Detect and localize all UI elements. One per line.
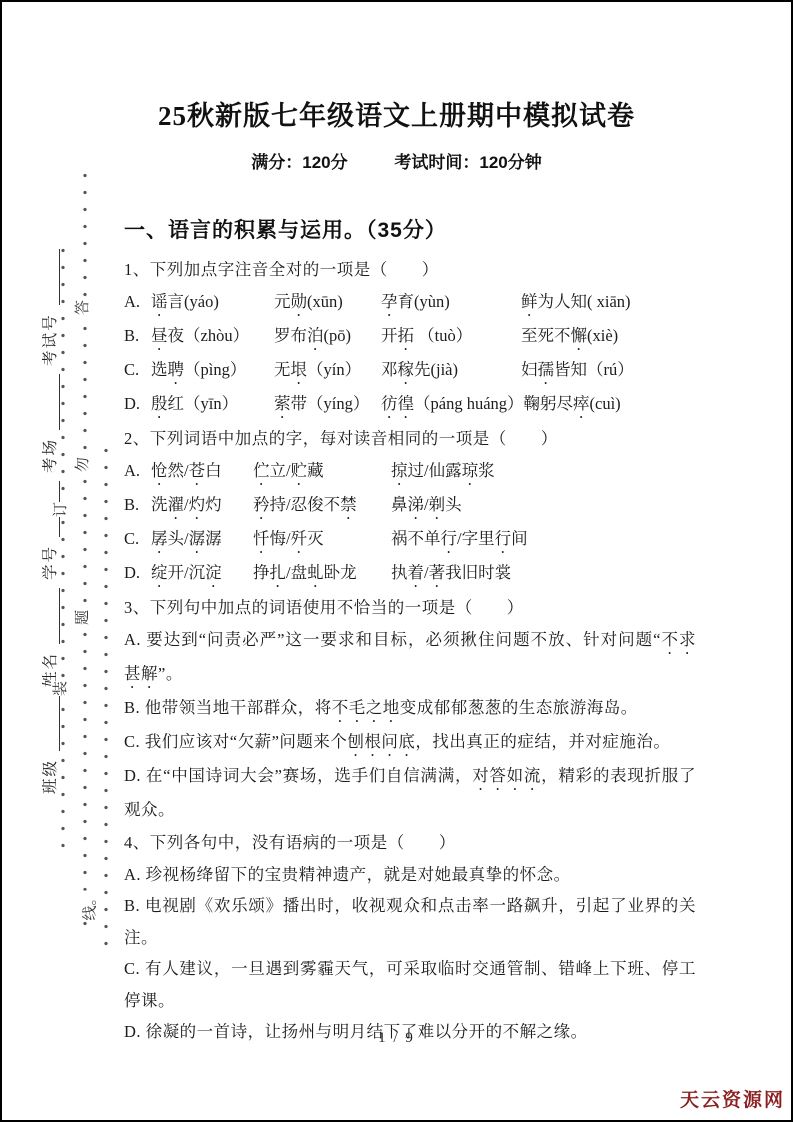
- emphasized-characters: 孕: [381, 292, 398, 311]
- student-field-label: 考场: [38, 438, 60, 473]
- emphasized-characters: 灼: [189, 495, 206, 514]
- exam-paper-page: 班级姓名学号考场考试号 订装答勿题线。 25秋新版七年级语文上册期中模拟试卷 满…: [0, 0, 793, 1122]
- question-stem: 2、下列词语中加点的字，每对读音相同的一项是（ ）: [124, 423, 696, 455]
- emphasized-characters: 虬: [307, 563, 324, 582]
- option-label: B.: [124, 320, 151, 354]
- emphasized-characters: 禁: [340, 495, 357, 514]
- emphasized-characters: 伫: [253, 461, 270, 480]
- emphasized-characters: 拓: [398, 326, 415, 345]
- option-item: 矜持/忍俊不禁: [253, 489, 391, 523]
- option-label: A.: [124, 865, 146, 884]
- question-block: 4、下列各句中，没有语病的一项是（ ）A. 珍视杨绛留下的宝贵精神遗产，就是对她…: [124, 827, 696, 1048]
- emphasized-characters: 涕: [408, 495, 425, 514]
- option-row: D.殷红（yīn）萦带（yíng）彷徨（páng huáng）鞠躬尽瘁(cuì): [124, 388, 696, 422]
- option-item: 至死不懈(xiè): [521, 320, 618, 354]
- question-block: 3、下列句中加点的词语使用不恰当的一项是（ ）A. 要达到“问责必严”这一要求和…: [124, 592, 696, 826]
- emphasized-characters: 孺: [538, 360, 555, 379]
- option-row: D. 在“中国诗词大会”赛场，选手们自信满满，对答如流，精彩的表现折服了观众。: [124, 760, 696, 826]
- emphasized-characters: 对答如流: [472, 766, 541, 785]
- emphasized-characters: 刨根问底: [347, 732, 415, 751]
- emphasized-characters: 琼: [462, 461, 479, 480]
- student-field-label: 班级: [38, 759, 60, 794]
- question-stem: 4、下列各句中，没有语病的一项是（ ）: [124, 827, 696, 859]
- emphasized-characters: 泊: [307, 326, 324, 345]
- option-item: 元勋(xūn): [274, 286, 381, 320]
- emphasized-characters: 不求甚解: [124, 630, 696, 683]
- option-item: 挣扎/盘虬卧龙: [253, 557, 391, 591]
- option-item: 开拓 （tuò）: [381, 320, 521, 354]
- emphasized-characters: 行: [495, 529, 512, 548]
- option-item: 孱头/潺潺: [151, 523, 253, 557]
- option-item: 邓稼先(jià): [381, 354, 521, 388]
- question-block: 1、下列加点字注音全对的一项是（ ）A.谣言(yáo)元勋(xūn)孕育(yùn…: [124, 254, 696, 422]
- emphasized-characters: 扎: [270, 563, 287, 582]
- emphasized-characters: 萦: [274, 394, 291, 413]
- option-item: 忏悔/歼灭: [253, 523, 391, 557]
- emphasized-characters: 鲜: [521, 292, 538, 311]
- emphasized-characters: 著: [429, 563, 446, 582]
- student-field-blank: [45, 374, 60, 430]
- emphasized-characters: 瘁: [573, 394, 590, 413]
- emphasized-characters: 殷: [151, 394, 168, 413]
- watermark: 天云资源网: [680, 1085, 785, 1112]
- option-label: A.: [124, 630, 146, 649]
- emphasized-characters: 怆: [151, 461, 168, 480]
- emphasized-characters: 谣: [151, 292, 168, 311]
- option-item: 殷红（yīn）: [151, 388, 274, 422]
- emphasized-characters: 潺: [189, 529, 206, 548]
- emphasized-characters: 苍: [189, 461, 206, 480]
- student-field-blank: [45, 588, 60, 644]
- binding-line-character: 题: [73, 610, 94, 625]
- option-item: 怆然/苍白: [151, 455, 253, 489]
- option-row: A. 要达到“问责必严”这一要求和目标，必须揪住问题不放、针对问题“不求甚解”。: [124, 624, 696, 692]
- option-item: 鞠躬尽瘁(cuì): [524, 388, 621, 422]
- option-item: 萦带（yíng）: [274, 388, 381, 422]
- questions-area: 1、下列加点字注音全对的一项是（ ）A.谣言(yáo)元勋(xūn)孕育(yùn…: [124, 254, 696, 1049]
- option-row: C. 我们应该对“欠薪”问题来个刨根问底，找出真正的症结，并对症施治。: [124, 726, 696, 760]
- emphasized-characters: 濯: [168, 495, 185, 514]
- emphasized-characters: 着: [408, 563, 425, 582]
- exam-meta: 满分：120分 考试时间：120分钟: [2, 148, 791, 173]
- option-item: 鲜为人知( xiān): [521, 286, 631, 320]
- option-label: D.: [124, 388, 151, 422]
- emphasized-characters: 歼: [291, 529, 308, 548]
- binding-dotted-line-middle: [82, 167, 88, 927]
- binding-line-character: 答: [73, 300, 94, 315]
- emphasized-characters: 不毛之地: [332, 698, 400, 717]
- option-row: A.谣言(yáo)元勋(xūn)孕育(yùn)鲜为人知( xiān): [124, 286, 696, 320]
- option-row: A.怆然/苍白伫立/贮藏掠过/仙露琼浆: [124, 455, 696, 489]
- option-row: B. 他带领当地干部群众，将不毛之地变成郁郁葱葱的生态旅游海岛。: [124, 692, 696, 726]
- binding-dotted-line-outer: [103, 442, 109, 958]
- option-label: C.: [124, 959, 145, 978]
- option-item: 无垠（yín）: [274, 354, 381, 388]
- option-item: 鼻涕/剃头: [391, 489, 462, 523]
- emphasized-characters: 稼: [398, 360, 415, 379]
- option-item: 掠过/仙露琼浆: [391, 455, 495, 489]
- binding-line-character: 勿: [73, 457, 94, 472]
- option-item: 彷徨（páng huáng）: [381, 388, 524, 422]
- emphasized-characters: 徨: [398, 394, 415, 413]
- duration-label: 考试时间：120分钟: [394, 153, 541, 172]
- option-label: D.: [124, 557, 151, 591]
- option-item: 罗布泊(pō): [274, 320, 381, 354]
- option-label: B.: [124, 896, 145, 915]
- emphasized-characters: 垠: [291, 360, 308, 379]
- option-row: A. 珍视杨绛留下的宝贵精神遗产，就是对她最真挚的怀念。: [124, 859, 696, 891]
- option-label: A.: [124, 455, 151, 489]
- option-row: B. 电视剧《欢乐颂》播出时，收视观众和点击率一路飙升，引起了业界的关注。: [124, 890, 696, 953]
- option-item: 洗濯/灼灼: [151, 489, 253, 523]
- emphasized-characters: 掠: [391, 461, 408, 480]
- emphasized-characters: 矜: [253, 495, 270, 514]
- option-label: D.: [124, 766, 146, 785]
- binding-line-character: 订: [51, 502, 72, 517]
- student-field-label: 考试号: [38, 313, 60, 366]
- emphasized-characters: 孱: [151, 529, 168, 548]
- student-field-blank: [45, 249, 60, 305]
- option-item: 执着/著我旧时裳: [391, 557, 511, 591]
- option-label: C.: [124, 354, 151, 388]
- full-score-label: 满分：120分: [251, 153, 347, 172]
- student-field-label: 学号: [38, 545, 60, 580]
- student-info-fields: 班级姓名学号考场考试号: [38, 282, 60, 794]
- page-number: 1 / 9: [2, 1030, 791, 1047]
- question-stem: 1、下列加点字注音全对的一项是（ ）: [124, 254, 696, 286]
- emphasized-characters: 彷: [381, 394, 398, 413]
- option-row: B.洗濯/灼灼矜持/忍俊不禁鼻涕/剃头: [124, 489, 696, 523]
- option-item: 孕育(yùn): [381, 286, 521, 320]
- emphasized-characters: 昼: [151, 326, 168, 345]
- binding-dotted-line-inner: [60, 242, 66, 854]
- emphasized-characters: 忏: [253, 529, 270, 548]
- option-row: C.选聘（pìng）无垠（yín）邓稼先(jià)妇孺皆知（rú）: [124, 354, 696, 388]
- emphasized-characters: 贮: [291, 461, 308, 480]
- option-label: A.: [124, 286, 151, 320]
- option-item: 祸不单行/字里行间: [391, 523, 528, 557]
- emphasized-characters: 聘: [168, 360, 185, 379]
- question-stem: 3、下列句中加点的词语使用不恰当的一项是（ ）: [124, 592, 696, 624]
- option-row: C.孱头/潺潺忏悔/歼灭祸不单行/字里行间: [124, 523, 696, 557]
- section-heading: 一、语言的积累与运用。（35分）: [124, 214, 447, 244]
- option-item: 伫立/贮藏: [253, 455, 391, 489]
- option-item: 选聘（pìng）: [151, 354, 274, 388]
- option-item: 谣言(yáo): [151, 286, 274, 320]
- option-row: C. 有人建议，一旦遇到雾霾天气，可采取临时交通管制、错峰上下班、停工停课。: [124, 953, 696, 1016]
- page-title: 25秋新版七年级语文上册期中模拟试卷: [2, 94, 791, 133]
- binding-line-character: 线。: [81, 890, 102, 920]
- option-label: C.: [124, 523, 151, 557]
- option-item: 妇孺皆知（rú）: [521, 354, 634, 388]
- student-field-blank: [45, 695, 60, 751]
- option-item: 绽开/沉淀: [151, 557, 253, 591]
- option-label: C.: [124, 732, 145, 751]
- binding-line-character: 装: [51, 681, 72, 696]
- question-block: 2、下列词语中加点的字，每对读音相同的一项是（ ）A.怆然/苍白伫立/贮藏掠过/…: [124, 423, 696, 591]
- emphasized-characters: 剃: [429, 495, 446, 514]
- option-row: B.昼夜（zhòu）罗布泊(pō)开拓 （tuò）至死不懈(xiè): [124, 320, 696, 354]
- emphasized-characters: 淀: [205, 563, 222, 582]
- emphasized-characters: 勋: [291, 292, 308, 311]
- option-label: B.: [124, 489, 151, 523]
- option-label: B.: [124, 698, 145, 717]
- option-row: D.绽开/沉淀挣扎/盘虬卧龙执着/著我旧时裳: [124, 557, 696, 591]
- emphasized-characters: 行: [441, 529, 458, 548]
- emphasized-characters: 绽: [151, 563, 168, 582]
- option-item: 昼夜（zhòu）: [151, 320, 274, 354]
- emphasized-characters: 懈: [571, 326, 588, 345]
